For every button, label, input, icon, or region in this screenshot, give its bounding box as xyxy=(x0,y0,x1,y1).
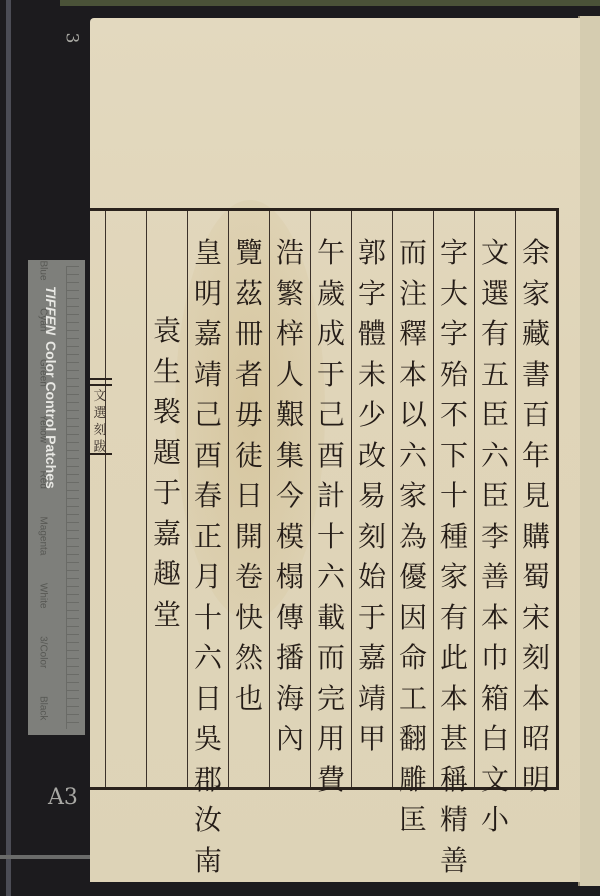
character: 酉 xyxy=(317,436,345,477)
character: 六 xyxy=(317,557,345,598)
character: 皇 xyxy=(194,233,222,274)
character: 汝 xyxy=(194,800,222,841)
character: 六 xyxy=(481,436,509,477)
character: 而 xyxy=(399,233,427,274)
character: 蜀 xyxy=(522,557,550,598)
character: 今 xyxy=(276,476,304,517)
character: 年 xyxy=(522,436,550,477)
character: 以 xyxy=(399,395,427,436)
character: 酉 xyxy=(194,436,222,477)
fishtail-bar xyxy=(90,378,112,380)
character: 堂 xyxy=(153,595,181,636)
character: 不 xyxy=(440,395,468,436)
character: 改 xyxy=(358,436,386,477)
character: 也 xyxy=(235,679,263,720)
character: 翻 xyxy=(399,719,427,760)
character: 靖 xyxy=(194,355,222,396)
color-control-strip: Blue Cyan Green Yellow Red Magenta White… xyxy=(28,260,85,735)
character: 少 xyxy=(358,395,386,436)
character: 梓 xyxy=(276,314,304,355)
scanner-edge xyxy=(6,0,11,896)
fishtail-bar xyxy=(90,384,112,386)
character: 甲 xyxy=(358,719,386,760)
character: 百 xyxy=(522,395,550,436)
text-column: 浩繁梓人艱集今模榻傳播海內 xyxy=(269,211,310,787)
character: 日 xyxy=(235,476,263,517)
character: 匡 xyxy=(399,800,427,841)
character: 臣 xyxy=(481,395,509,436)
character: 繁 xyxy=(276,274,304,315)
character: 于 xyxy=(317,355,345,396)
character: 有 xyxy=(481,314,509,355)
character: 趣 xyxy=(153,554,181,595)
character: 臣 xyxy=(481,476,509,517)
character: 藏 xyxy=(522,314,550,355)
ruler-scale xyxy=(66,266,79,729)
character: 吳 xyxy=(194,719,222,760)
character: 嘉 xyxy=(194,314,222,355)
character: 生 xyxy=(153,352,181,393)
character: 小 xyxy=(481,800,509,841)
character: 白 xyxy=(481,719,509,760)
character: 嘉 xyxy=(358,638,386,679)
character: 購 xyxy=(522,517,550,558)
text-column: 文選有五臣六臣李善本巾箱白文小 xyxy=(474,211,515,787)
character: 字 xyxy=(440,314,468,355)
character: 計 xyxy=(317,476,345,517)
character: 茲 xyxy=(235,274,263,315)
character: 善 xyxy=(481,557,509,598)
character: 未 xyxy=(358,355,386,396)
character: 十 xyxy=(440,476,468,517)
text-column: 字大字殆不下十種家有此本甚稱精善 xyxy=(433,211,474,787)
character: 冊 xyxy=(235,314,263,355)
text-column: 袁生褧題于嘉趣堂 xyxy=(146,211,187,787)
character: 本 xyxy=(440,679,468,720)
character: 毋 xyxy=(235,395,263,436)
character: 為 xyxy=(399,517,427,558)
page-marker: 3 xyxy=(61,33,81,44)
character: 家 xyxy=(522,274,550,315)
text-column: 余家藏書百年見購蜀宋刻本昭明 xyxy=(515,211,556,787)
character: 文 xyxy=(481,233,509,274)
text-column: 郭字體未少改易刻始于嘉靖甲 xyxy=(351,211,392,787)
character: 費 xyxy=(317,760,345,801)
character: 題 xyxy=(153,433,181,474)
character: 春 xyxy=(194,476,222,517)
character: 有 xyxy=(440,598,468,639)
text-frame: 余家藏書百年見購蜀宋刻本昭明 文選有五臣六臣李善本巾箱白文小 字大字殆不下十種家… xyxy=(90,208,559,790)
tiffen-brand: TIFFENColor Control Patches xyxy=(37,286,59,706)
fishtail-margin: 文選刻跋 xyxy=(90,208,112,784)
fishtail-title: 文選刻跋 xyxy=(92,388,108,456)
character: 工 xyxy=(399,679,427,720)
character: 完 xyxy=(317,679,345,720)
character: 歲 xyxy=(317,274,345,315)
character: 人 xyxy=(276,355,304,396)
character: 卷 xyxy=(235,557,263,598)
sheet-label: A3 xyxy=(48,785,78,810)
character: 雕 xyxy=(399,760,427,801)
character: 日 xyxy=(194,679,222,720)
character: 而 xyxy=(317,638,345,679)
character: 正 xyxy=(194,517,222,558)
character: 本 xyxy=(481,598,509,639)
character: 浩 xyxy=(276,233,304,274)
character: 殆 xyxy=(440,355,468,396)
character: 模 xyxy=(276,517,304,558)
character: 書 xyxy=(522,355,550,396)
text-column: 午歲成于己酉計十六載而完用費 xyxy=(310,211,351,787)
character: 箱 xyxy=(481,679,509,720)
character: 本 xyxy=(399,355,427,396)
character: 因 xyxy=(399,598,427,639)
character: 體 xyxy=(358,314,386,355)
character: 快 xyxy=(235,598,263,639)
character: 載 xyxy=(317,598,345,639)
character: 己 xyxy=(317,395,345,436)
character: 褧 xyxy=(153,392,181,433)
character: 于 xyxy=(358,598,386,639)
text-column: 而注釋本以六家為優因命工翻雕匡 xyxy=(392,211,433,787)
character: 內 xyxy=(276,719,304,760)
character: 嘉 xyxy=(153,514,181,555)
character: 稱 xyxy=(440,760,468,801)
character: 種 xyxy=(440,517,468,558)
character: 者 xyxy=(235,355,263,396)
character: 五 xyxy=(481,355,509,396)
character: 六 xyxy=(399,436,427,477)
character: 巾 xyxy=(481,638,509,679)
character: 月 xyxy=(194,557,222,598)
text-column: 覽茲冊者毋徒日開卷快然也 xyxy=(228,211,269,787)
character: 己 xyxy=(194,395,222,436)
character: 播 xyxy=(276,638,304,679)
character: 字 xyxy=(358,274,386,315)
character: 宋 xyxy=(522,598,550,639)
character: 明 xyxy=(194,274,222,315)
character: 郡 xyxy=(194,760,222,801)
patch-label: Blue xyxy=(38,261,49,281)
character: 李 xyxy=(481,517,509,558)
top-edge xyxy=(60,0,600,6)
next-page-edge xyxy=(578,16,600,886)
character: 注 xyxy=(399,274,427,315)
character: 下 xyxy=(440,436,468,477)
character: 覽 xyxy=(235,233,263,274)
character: 袁 xyxy=(153,311,181,352)
character: 午 xyxy=(317,233,345,274)
character: 靖 xyxy=(358,679,386,720)
character: 大 xyxy=(440,274,468,315)
text-column: 皇明嘉靖己酉春正月十六日吳郡汝南 xyxy=(187,211,228,787)
character: 郭 xyxy=(358,233,386,274)
character: 善 xyxy=(440,841,468,882)
bottom-rule xyxy=(0,855,92,859)
character: 甚 xyxy=(440,719,468,760)
character: 始 xyxy=(358,557,386,598)
character: 本 xyxy=(522,679,550,720)
character: 十 xyxy=(194,598,222,639)
character: 刻 xyxy=(522,638,550,679)
character: 于 xyxy=(153,473,181,514)
character: 南 xyxy=(194,841,222,882)
character: 十 xyxy=(317,517,345,558)
character: 刻 xyxy=(358,517,386,558)
character: 榻 xyxy=(276,557,304,598)
character: 然 xyxy=(235,638,263,679)
character: 命 xyxy=(399,638,427,679)
character: 傳 xyxy=(276,598,304,639)
character: 文 xyxy=(481,760,509,801)
character: 字 xyxy=(440,233,468,274)
character: 用 xyxy=(317,719,345,760)
character: 余 xyxy=(522,233,550,274)
character: 易 xyxy=(358,476,386,517)
character: 優 xyxy=(399,557,427,598)
character: 開 xyxy=(235,517,263,558)
character: 艱 xyxy=(276,395,304,436)
character: 選 xyxy=(481,274,509,315)
character: 精 xyxy=(440,800,468,841)
character: 家 xyxy=(440,557,468,598)
character: 六 xyxy=(194,638,222,679)
character: 昭 xyxy=(522,719,550,760)
character: 成 xyxy=(317,314,345,355)
character: 明 xyxy=(522,760,550,801)
character: 徒 xyxy=(235,436,263,477)
character: 海 xyxy=(276,679,304,720)
character: 此 xyxy=(440,638,468,679)
fishtail-bar xyxy=(90,453,112,455)
character: 集 xyxy=(276,436,304,477)
character: 見 xyxy=(522,476,550,517)
character: 釋 xyxy=(399,314,427,355)
character: 家 xyxy=(399,476,427,517)
